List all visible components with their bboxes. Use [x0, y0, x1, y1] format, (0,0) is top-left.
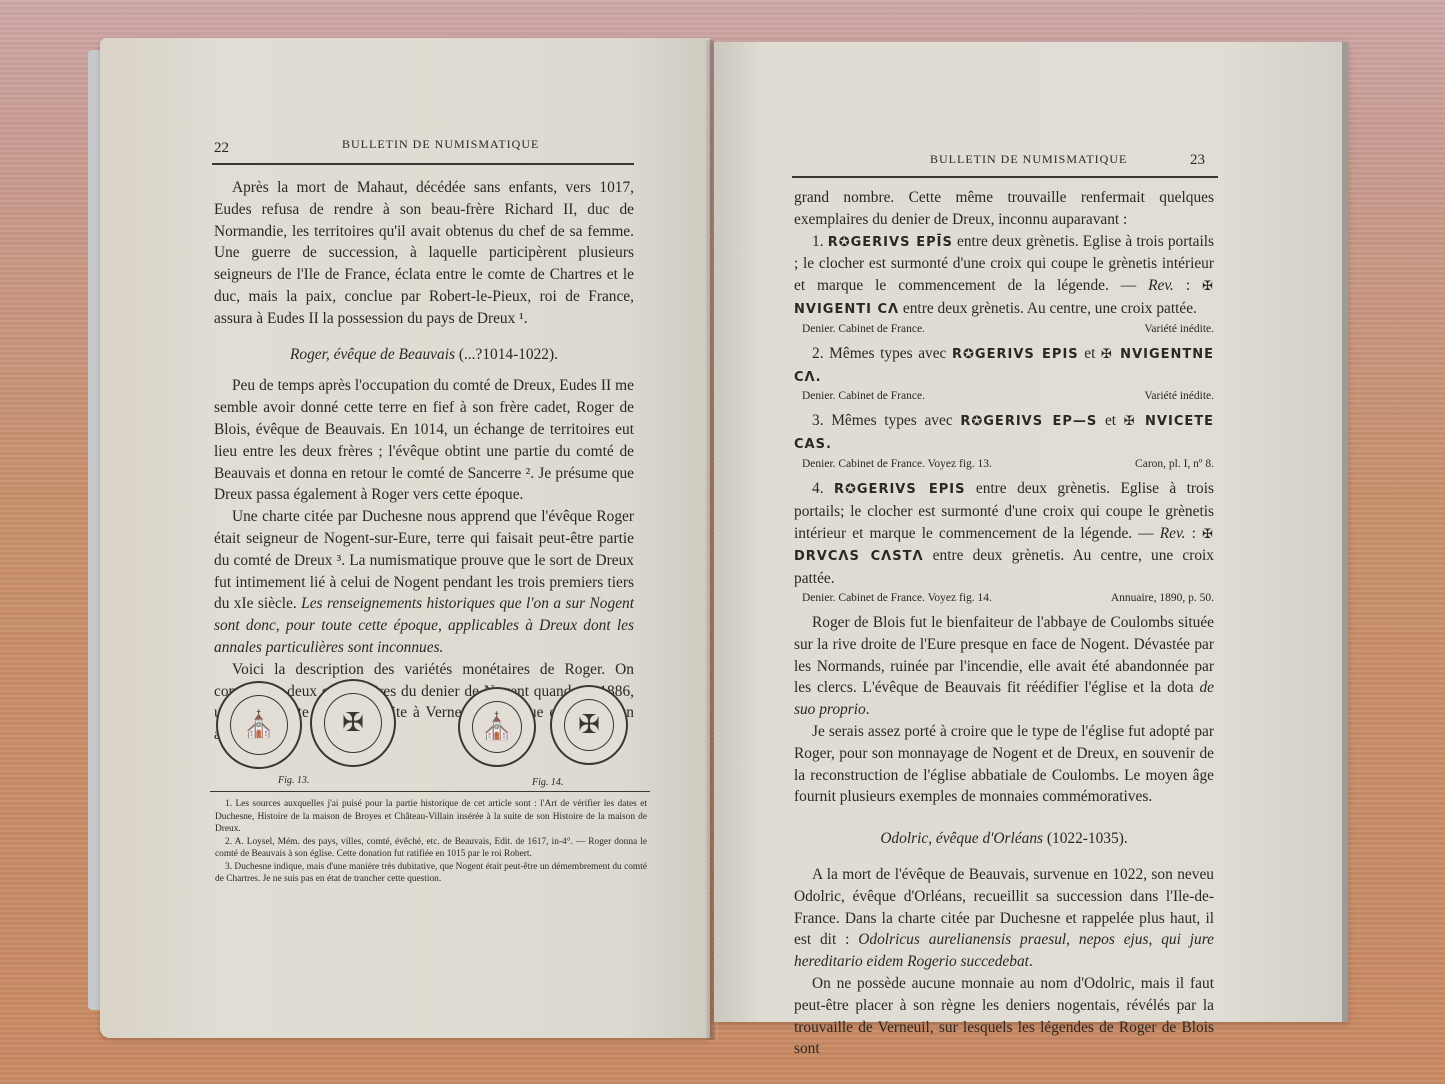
footnotes: 1. Les sources auxquelles j'ai puisé pou… [215, 798, 647, 886]
coulombs-text: Roger de Blois fut le bienfaiteur de l'a… [794, 614, 1214, 696]
item-4-note: Denier. Cabinet de France. Voyez fig. 14… [794, 590, 1214, 606]
right-header-rule [792, 176, 1218, 178]
fig14-label: Fig. 14. [532, 777, 563, 788]
rev-label: Rev. [1148, 277, 1174, 294]
cross-icon: ✠ [552, 687, 626, 763]
footnote-2: 2. A. Loysel, Mém. des pays, villes, com… [215, 836, 647, 861]
fig14-obverse-coin: ⛪ [458, 687, 536, 767]
paragraph-mahaut: Après la mort de Mahaut, décédée sans en… [214, 177, 634, 330]
obverse-legend: R✪GERIVS EPĪS [828, 235, 953, 250]
catalog-item-3: 3. Mêmes types avec R✪GERIVS EP—S et ✠ N… [794, 410, 1214, 456]
left-body-text: Après la mort de Mahaut, décédée sans en… [214, 177, 634, 746]
left-page-number: 22 [214, 140, 229, 157]
heading-odolric-dates: (1022-1035). [1043, 830, 1128, 847]
paragraph-monnaie-odolric: On ne possède aucune monnaie au nom d'Od… [794, 973, 1214, 1060]
right-body-text: grand nombre. Cette même trouvaille renf… [794, 187, 1214, 1060]
fig14-reverse-coin: ✠ [550, 685, 628, 765]
obverse-legend: R✪GERIVS EPIS [952, 347, 1079, 362]
paragraph-charte: Une charte citée par Duchesne nous appre… [214, 506, 634, 659]
item-conjunction: et [1097, 412, 1124, 429]
item-1-note: Denier. Cabinet de France.Variété inédit… [794, 321, 1214, 337]
paragraph-grand-nombre: grand nombre. Cette même trouvaille renf… [794, 187, 1214, 231]
obverse-legend: R✪GERIVS EP—S [960, 414, 1097, 429]
cross-icon: ✠ [312, 681, 394, 765]
coulombs-end: . [866, 701, 870, 718]
note-reference: Annuaire, 1890, p. 50. [1111, 590, 1214, 606]
reverse-description: entre deux grènetis. Au centre, une croi… [899, 300, 1197, 317]
item-conjunction: et [1079, 345, 1101, 362]
note-location: Denier. Cabinet de France. Voyez fig. 14… [802, 590, 992, 606]
footnote-1: 1. Les sources auxquelles j'ai puisé pou… [215, 798, 647, 836]
footnote-rule [210, 791, 650, 792]
catalog-item-2: 2. Mêmes types avec R✪GERIVS EPIS et ✠ N… [794, 343, 1214, 389]
right-page-number: 23 [1190, 152, 1205, 169]
item-3-note: Denier. Cabinet de France. Voyez fig. 13… [794, 456, 1214, 472]
coin-figures: ⛪ ✠ Fig. 13. ⛪ ✠ Fig. 14. [212, 677, 642, 787]
obverse-legend: R✪GERIVS EPIS [834, 482, 965, 497]
heading-odolric-title: Odolric, évêque d'Orléans [880, 830, 1043, 847]
odolric-end: . [1029, 953, 1033, 970]
heading-roger-title: Roger, évêque de Beauvais [290, 346, 455, 363]
catalog-item-1: 1. R✪GERIVS EPĪS entre deux grènetis. Eg… [794, 231, 1214, 321]
note-reference: Variété inédite. [1144, 321, 1214, 337]
catalog-item-4: 4. R✪GERIVS EPIS entre deux grènetis. Eg… [794, 478, 1214, 590]
rev-separator: : [1174, 277, 1202, 294]
heading-roger-dates: (...?1014-1022). [455, 346, 558, 363]
note-location: Denier. Cabinet de France. [802, 321, 925, 337]
right-running-head: BULLETIN DE NUMISMATIQUE [930, 152, 1127, 167]
paragraph-odolric: A la mort de l'évêque de Beauvais, surve… [794, 864, 1214, 973]
item-number: 1. [812, 233, 828, 250]
rev-separator: : [1186, 525, 1203, 542]
left-header-rule [212, 163, 634, 165]
paragraph-type-eglise: Je serais assez porté à croire que le ty… [794, 721, 1214, 808]
fig13-obverse-coin: ⛪ [216, 681, 302, 769]
note-location: Denier. Cabinet de France. [802, 388, 925, 404]
rev-label: Rev. [1160, 525, 1186, 542]
section-heading-roger: Roger, évêque de Beauvais (...?1014-1022… [214, 344, 634, 366]
paragraph-occupation: Peu de temps après l'occupation du comté… [214, 375, 634, 506]
footnote-3: 3. Duchesne indique, mais d'une manière … [215, 861, 647, 886]
section-heading-odolric: Odolric, évêque d'Orléans (1022-1035). [794, 828, 1214, 850]
note-reference: Caron, pl. I, nº 8. [1135, 456, 1214, 472]
note-location: Denier. Cabinet de France. Voyez fig. 13… [802, 456, 992, 472]
item-number: 2. [812, 345, 829, 362]
item-prefix: Mêmes types avec [829, 345, 952, 362]
fig13-label: Fig. 13. [278, 775, 309, 786]
fig13-reverse-coin: ✠ [310, 679, 396, 767]
item-prefix: Mêmes types avec [831, 412, 960, 429]
church-icon: ⛪ [218, 683, 300, 767]
church-icon: ⛪ [460, 689, 534, 765]
left-running-head: BULLETIN DE NUMISMATIQUE [342, 137, 539, 152]
note-reference: Variété inédite. [1144, 388, 1214, 404]
item-number: 3. [812, 412, 831, 429]
paragraph-coulombs: Roger de Blois fut le bienfaiteur de l'a… [794, 612, 1214, 721]
item-number: 4. [812, 480, 834, 497]
item-2-note: Denier. Cabinet de France.Variété inédit… [794, 388, 1214, 404]
